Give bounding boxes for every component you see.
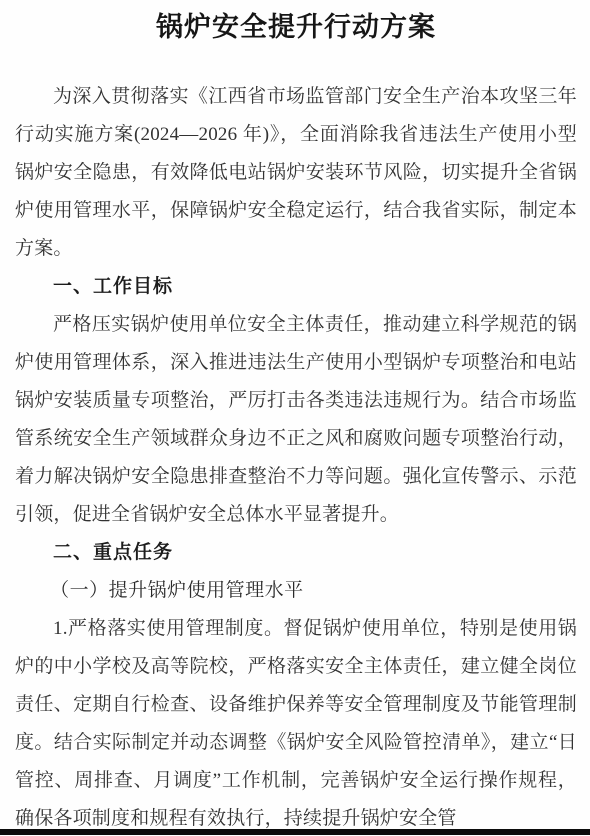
subsection-heading-boiler-management: （一）提升锅炉使用管理水平 [15,572,577,610]
scan-edge-artifact [0,829,590,835]
section-body-key-tasks: 1.严格落实使用管理制度。督促锅炉使用单位，特别是使用锅炉的中小学校及高等院校，… [15,610,577,836]
section-body-work-goals: 严格压实锅炉使用单位安全主体责任，推动建立科学规范的锅炉使用管理体系，深入推进违… [15,306,577,534]
intro-paragraph: 为深入贯彻落实《江西省市场监管部门安全生产治本攻坚三年行动实施方案(2024—2… [15,78,577,268]
section-heading-key-tasks: 二、重点任务 [15,534,577,572]
document-page: 锅炉安全提升行动方案 为深入贯彻落实《江西省市场监管部门安全生产治本攻坚三年行动… [0,0,590,836]
section-heading-work-goals: 一、工作目标 [15,268,577,306]
document-title: 锅炉安全提升行动方案 [15,0,577,47]
